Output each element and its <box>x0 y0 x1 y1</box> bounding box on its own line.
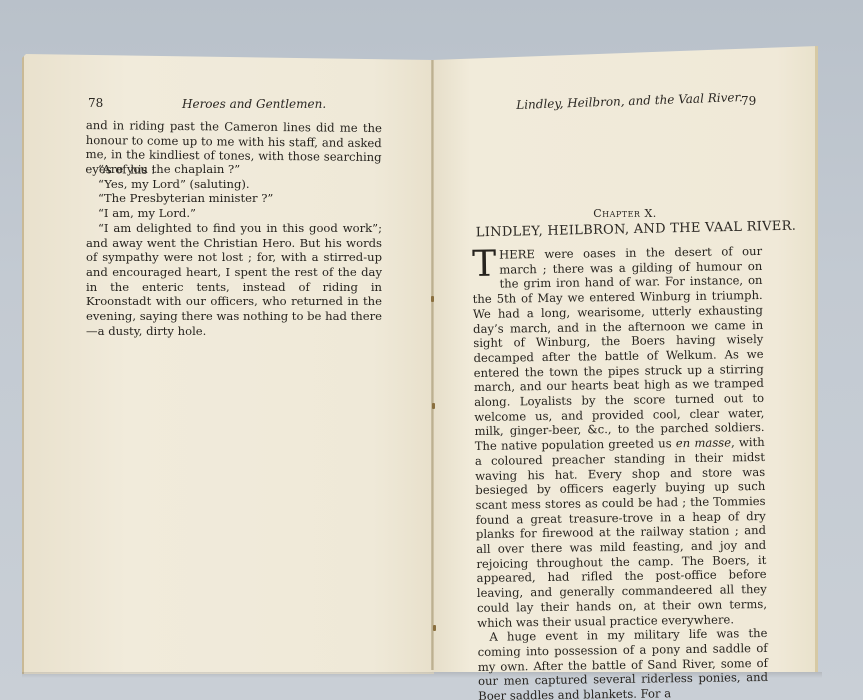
right-page-body: THERE were oases in the desert of our ma… <box>472 244 768 700</box>
dialogue-line: “I am, my Lord.” <box>86 206 382 221</box>
left-page-number: 78 <box>88 96 103 110</box>
staple-middle <box>432 403 435 409</box>
dialogue-line: “The Presbyterian minister ?” <box>86 191 382 206</box>
open-book: 78 Heroes and Gentlemen. and in riding p… <box>0 0 863 700</box>
book-gutter <box>431 60 434 670</box>
chapter-number: Chapter X. <box>432 207 818 220</box>
paragraph: “I am delighted to find you in this good… <box>86 221 382 339</box>
dialogue-line: “Are you the chaplain ?” <box>86 162 382 177</box>
left-running-title: Heroes and Gentlemen. <box>182 97 326 111</box>
dialogue-line: “Yes, my Lord” (saluting). <box>86 177 382 192</box>
staple-top <box>431 296 434 302</box>
paragraph: A huge event in my military life was the… <box>477 626 768 700</box>
left-dialogue: “Are you the chaplain ?” “Yes, my Lord” … <box>86 162 382 338</box>
staple-bottom <box>433 625 436 631</box>
drop-cap: T <box>472 250 496 280</box>
paragraph: THERE were oases in the desert of our ma… <box>472 244 767 630</box>
right-page-number: 79 <box>741 94 756 108</box>
